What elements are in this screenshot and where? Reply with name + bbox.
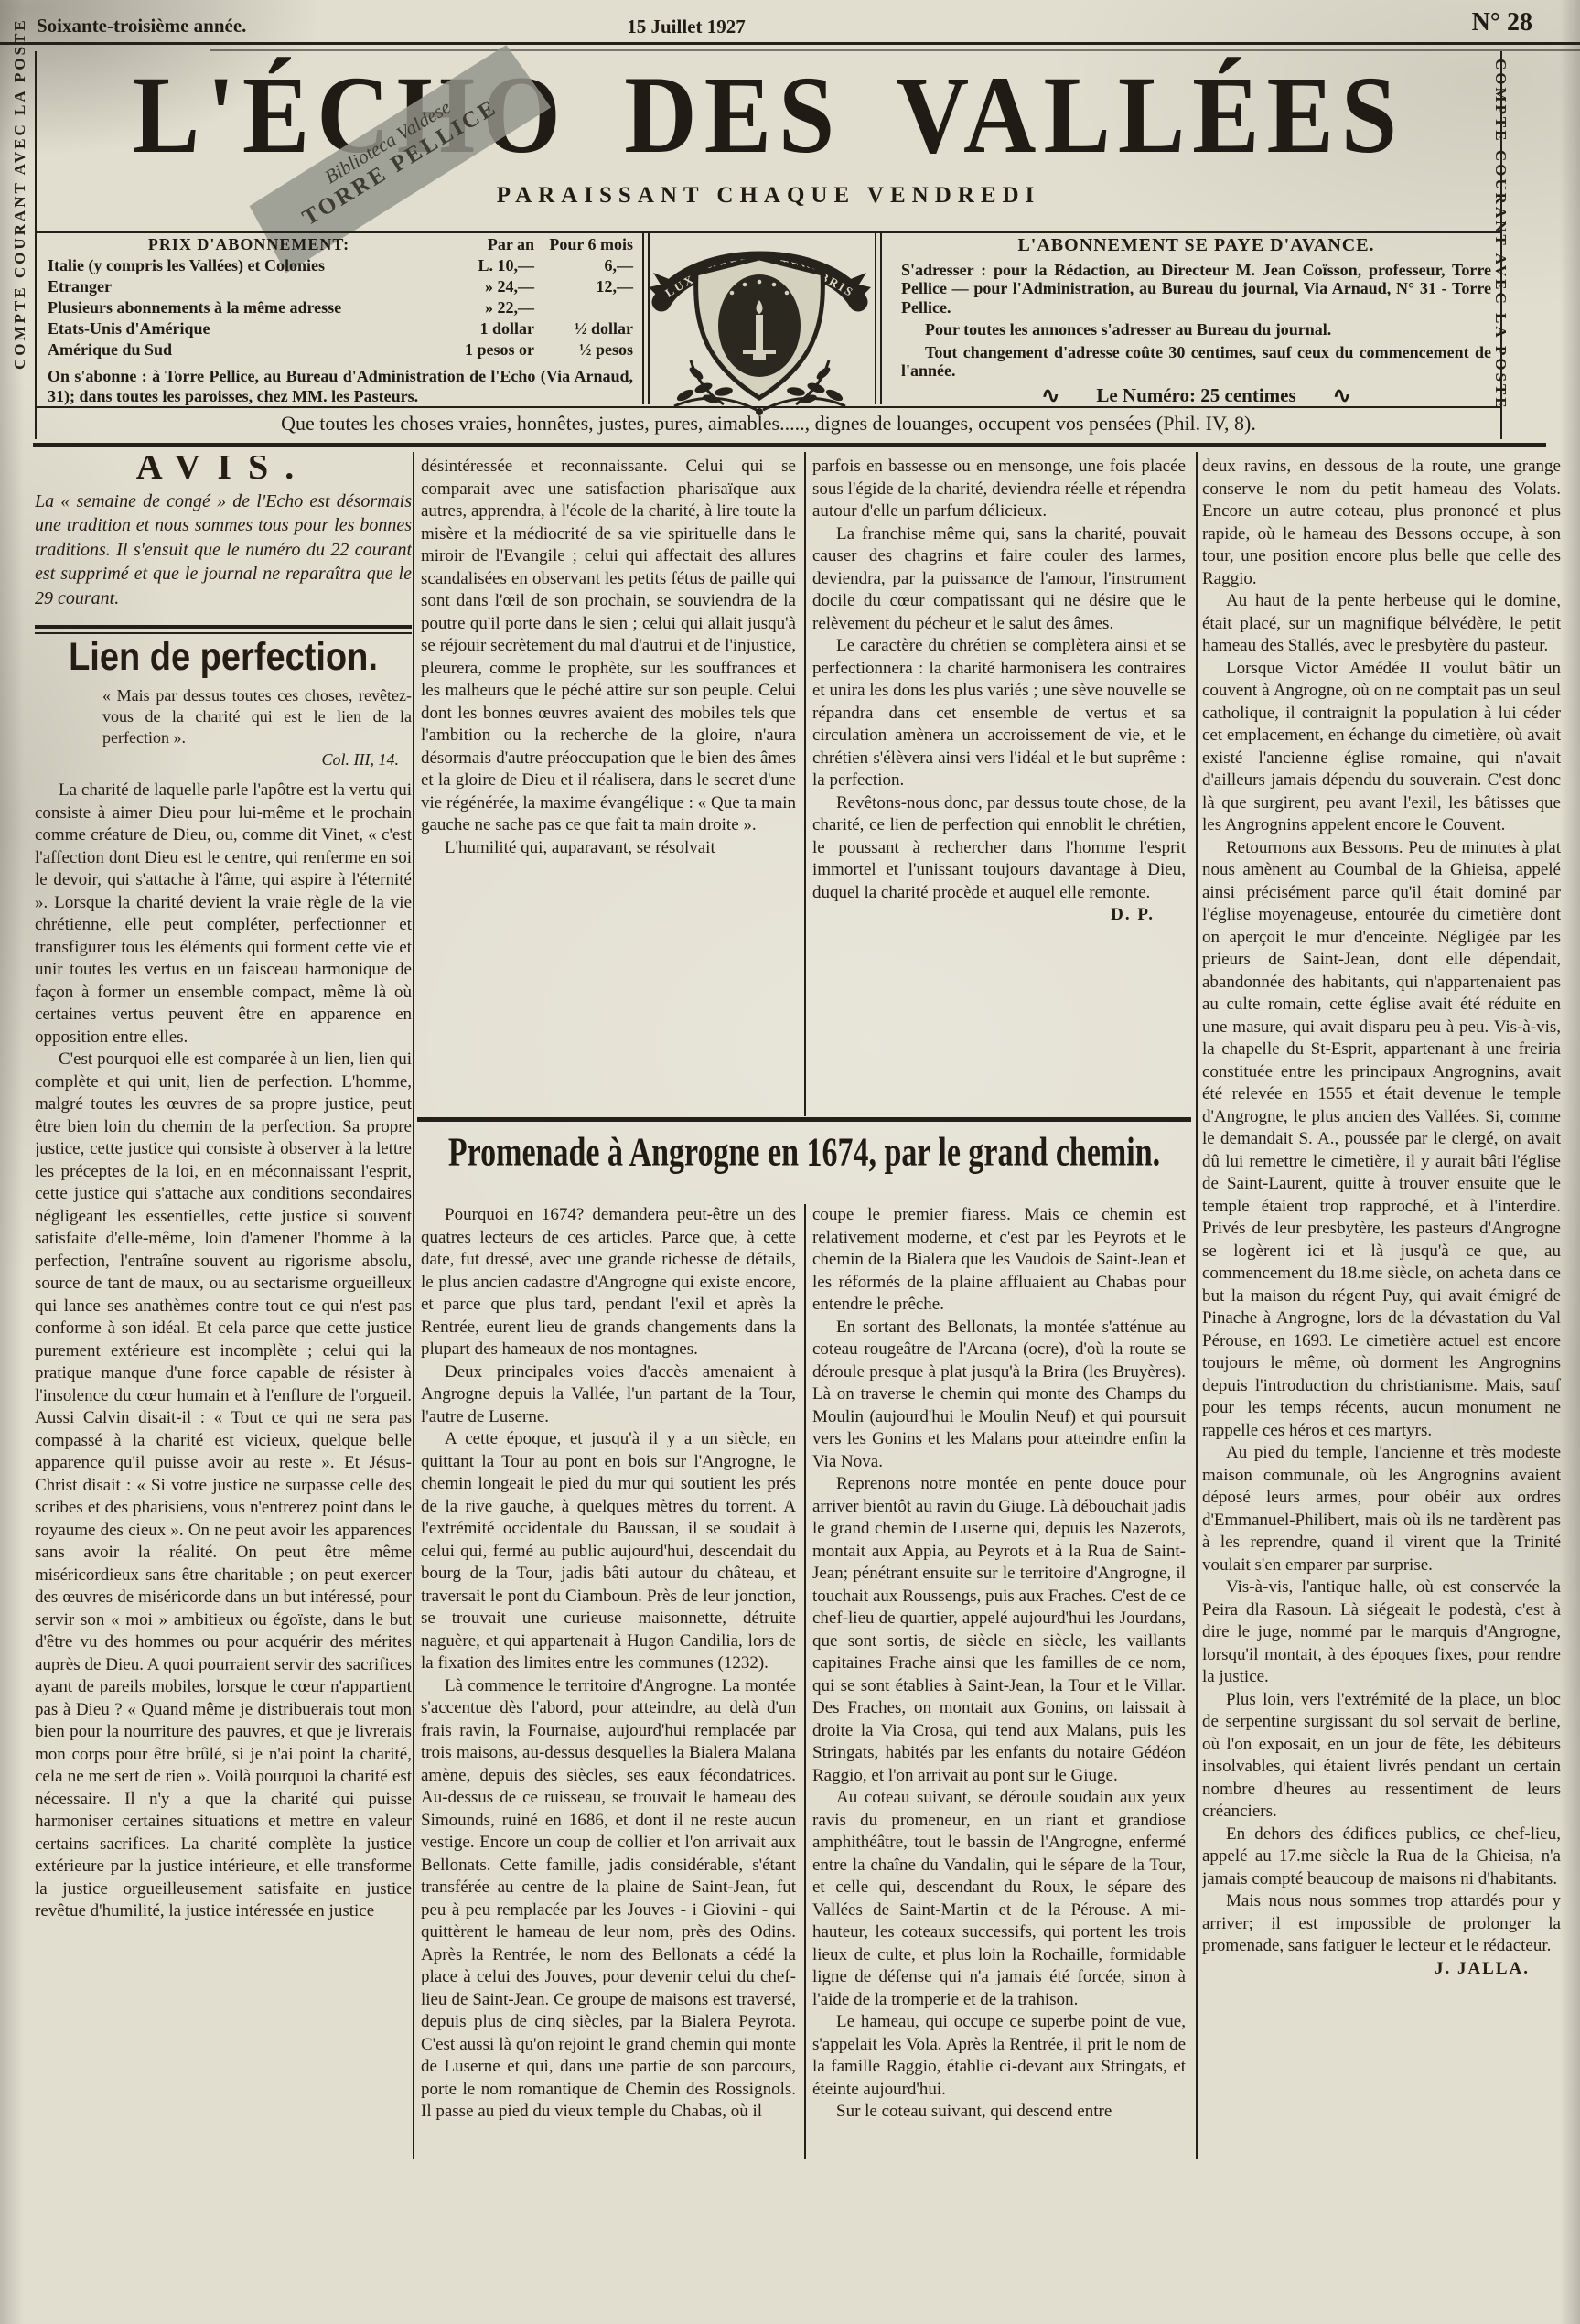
pricing-row: Italie (y compris les Vallées) et Coloni… xyxy=(48,255,633,276)
issue-price-line: ∿Le Numéro: 25 centimes∿ xyxy=(901,386,1491,406)
pricing-row-label: Etranger xyxy=(48,276,112,297)
paragraph: deux ravins, en dessous de la route, une… xyxy=(1202,456,1561,590)
subscription-title: L'ABONNEMENT SE PAYE D'AVANCE. xyxy=(901,236,1491,255)
column-1: AVIS. La « semaine de congé » de l'Echo … xyxy=(35,456,412,2176)
paragraph: Mais nous nous sommes trop attardés pour… xyxy=(1202,1890,1561,1958)
header-heavy-rule xyxy=(33,443,1546,447)
pricing-row-year: » 22,— xyxy=(450,297,534,318)
pricing-row-half: ½ pesos xyxy=(534,339,633,360)
paragraph: Au coteau suivant, se déroule soudain au… xyxy=(812,1787,1186,2011)
avis-title: AVIS. xyxy=(35,456,412,479)
pricing-row-year: L. 10,— xyxy=(450,255,534,276)
epigraph-reference: Col. III, 14. xyxy=(35,748,412,771)
pricing-row-label: Etats-Unis d'Amérique xyxy=(48,318,210,339)
scripture-motto: Que toutes les choses vraies, honnêtes, … xyxy=(35,412,1502,436)
paragraph: Retournons aux Bessons. Peu de minutes à… xyxy=(1202,837,1561,1443)
paragraph: Plus loin, vers l'extrémité de la place,… xyxy=(1202,1689,1561,1824)
pricing-note: On s'abonne : à Torre Pellice, au Bureau… xyxy=(48,366,633,406)
paragraph: La charité de laquelle parle l'apôtre es… xyxy=(35,780,412,1049)
column-3-lower: coupe le premier fiaress. Mais ce chemin… xyxy=(812,1204,1186,2284)
paragraph: C'est pourquoi elle est comparée à un li… xyxy=(35,1049,412,1923)
pricing-row-half: 6,— xyxy=(534,255,633,276)
subscription-box: L'ABONNEMENT SE PAYE D'AVANCE. S'adresse… xyxy=(901,236,1491,406)
lien-col3-text: parfois en bassesse ou en mensonge, une … xyxy=(812,456,1186,904)
gutter-rule-3 xyxy=(1196,452,1198,2159)
edition-date: 15 Juillet 1927 xyxy=(0,16,1372,38)
section-divider-rule xyxy=(35,625,412,634)
pricing-row-year: 1 dollar xyxy=(450,318,534,339)
pricing-rows: Italie (y compris les Vallées) et Coloni… xyxy=(48,255,633,360)
squiggle-left: ∿ xyxy=(1005,384,1096,408)
paragraph: La franchise même qui, sans la charité, … xyxy=(812,523,1186,636)
pricing-row: Plusieurs abonnements à la même adresse … xyxy=(48,297,633,318)
waldensian-emblem-icon: LUX LUCET IN TENEBRIS xyxy=(643,216,876,422)
paragraph: Deux principales voies d'accès amenaient… xyxy=(421,1361,796,1429)
gutter-rule-2a xyxy=(804,452,806,1116)
pricing-row-half: 12,— xyxy=(534,276,633,297)
paragraph: Pourquoi en 1674? demandera peut-être un… xyxy=(421,1204,796,1361)
issue-price: Le Numéro: 25 centimes xyxy=(1096,384,1295,406)
pricing-row-year: 1 pesos or xyxy=(450,339,534,360)
masthead-title: L'ÉCHO DES VALLÉES xyxy=(35,51,1502,167)
pricing-col-year: Par an xyxy=(450,234,534,255)
lien-col1-text: La charité de laquelle parle l'apôtre es… xyxy=(35,780,412,1923)
paragraph: Au pied du temple, l'ancienne et très mo… xyxy=(1202,1442,1561,1576)
pricing-row: Etranger » 24,— 12,— xyxy=(48,276,633,297)
paragraph: A cette époque, et jusqu'à il y a un siè… xyxy=(421,1428,796,1675)
promenade-heading-rule xyxy=(417,1117,1191,1122)
squiggle-right: ∿ xyxy=(1296,384,1388,408)
column-2-lower: Pourquoi en 1674? demandera peut-être un… xyxy=(421,1204,796,2284)
pricing-row-half: ½ dollar xyxy=(534,318,633,339)
issue-number: N° 28 xyxy=(1472,8,1532,38)
postal-caption-left: COMPTE COURANT AVEC LA POSTE xyxy=(11,17,29,370)
top-rule xyxy=(0,42,1580,45)
column-4: deux ravins, en dessous de la route, une… xyxy=(1202,456,1561,2295)
pricing-row-label: Plusieurs abonnements à la même adresse xyxy=(48,297,341,318)
paragraph: désintéressée et reconnaissante. Celui q… xyxy=(421,456,796,837)
pricing-title: PRIX D'ABONNEMENT: xyxy=(48,234,450,255)
paragraph: S'adresser : pour la Rédaction, au Direc… xyxy=(901,261,1491,317)
newspaper-page: Soixante-troisième année. 15 Juillet 192… xyxy=(0,0,1580,2324)
paragraph: Lorsque Victor Amédée II voulut bâtir un… xyxy=(1202,658,1561,837)
gutter-rule-1 xyxy=(413,452,414,2159)
column-2-upper: désintéressée et reconnaissante. Celui q… xyxy=(421,456,796,1109)
pricing-row-label: Italie (y compris les Vallées) et Coloni… xyxy=(48,255,325,276)
pricing-row-year: » 24,— xyxy=(450,276,534,297)
pricing-box: PRIX D'ABONNEMENT: Par an Pour 6 mois It… xyxy=(48,234,633,406)
paragraph: Reprenons notre montée en pente douce po… xyxy=(812,1473,1186,1787)
paragraph: L'humilité qui, auparavant, se résolvait xyxy=(421,837,796,860)
paragraph: coupe le premier fiaress. Mais ce chemin… xyxy=(812,1204,1186,1317)
pricing-header: PRIX D'ABONNEMENT: Par an Pour 6 mois xyxy=(48,234,633,255)
pricing-row-label: Amérique du Sud xyxy=(48,339,172,360)
lien-article-title: Lien de perfection. xyxy=(35,645,412,674)
paragraph: Là commence le territoire d'Angrogne. La… xyxy=(421,1675,796,2124)
epigraph: « Mais par dessus toutes ces choses, rev… xyxy=(102,685,412,748)
pricing-row: Amérique du Sud 1 pesos or ½ pesos xyxy=(48,339,633,360)
paragraph: Sur le coteau suivant, qui descend entre xyxy=(812,2101,1186,2124)
promenade-col4-text: deux ravins, en dessous de la route, une… xyxy=(1202,456,1561,1958)
subscription-paragraphs: S'adresser : pour la Rédaction, au Direc… xyxy=(901,261,1491,381)
paragraph: Au haut de la pente herbeuse qui le domi… xyxy=(1202,590,1561,658)
promenade-article-title: Promenade à Angrogne en 1674, par le gra… xyxy=(417,1131,1191,1166)
paragraph: En dehors des édifices publics, ce chef-… xyxy=(1202,1824,1561,1891)
paragraph: En sortant des Bellonats, la montée s'at… xyxy=(812,1317,1186,1474)
paragraph: Tout changement d'adresse coûte 30 centi… xyxy=(901,343,1491,381)
paragraph: Revêtons-nous donc, par dessus toute cho… xyxy=(812,792,1186,905)
paragraph: Le caractère du chrétien se complètera a… xyxy=(812,635,1186,792)
paragraph: parfois en bassesse ou en mensonge, une … xyxy=(812,456,1186,523)
band-bottom-rule xyxy=(35,406,1502,408)
pricing-col-half: Pour 6 mois xyxy=(534,234,633,255)
column-3-upper: parfois en bassesse ou en mensonge, une … xyxy=(812,456,1186,1109)
pricing-row: Etats-Unis d'Amérique 1 dollar ½ dollar xyxy=(48,318,633,339)
paragraph: Vis-à-vis, l'antique halle, où est conse… xyxy=(1202,1576,1561,1689)
lien-signature: D. P. xyxy=(812,904,1186,927)
gutter-rule-2b xyxy=(804,1204,806,2159)
paragraph: Pour toutes les annonces s'adresser au B… xyxy=(901,320,1491,339)
paragraph: Le hameau, qui occupe ce superbe point d… xyxy=(812,2011,1186,2101)
promenade-signature: J. JALLA. xyxy=(1202,1958,1561,1981)
avis-body: La « semaine de congé » de l'Echo est dé… xyxy=(35,490,412,611)
